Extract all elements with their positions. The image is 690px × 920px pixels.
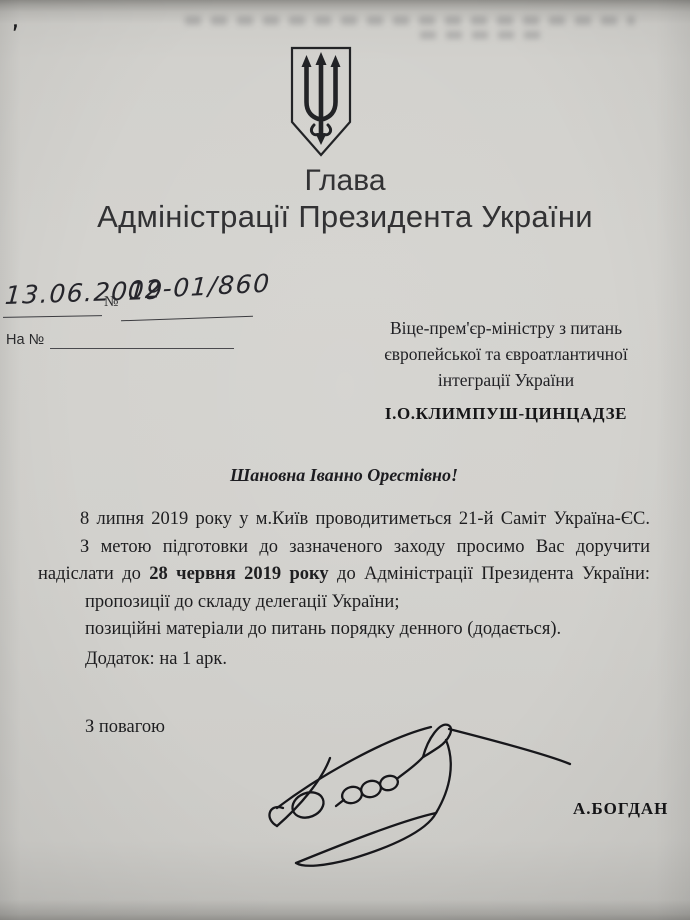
- body-line-1: 8 липня 2019 року у м.Київ проводитиметь…: [38, 506, 650, 534]
- handwritten-number: 02-01/860: [127, 276, 269, 306]
- reply-number-label: На №: [6, 332, 44, 348]
- letterhead-title-line1: Глава: [0, 163, 690, 198]
- addressee-line3: інтеграції України: [340, 367, 672, 393]
- letterhead-title-line2: Адміністрації Президента України: [0, 198, 690, 235]
- coat-of-arms-icon: [289, 46, 353, 158]
- attachment-note: Додаток: на 1 арк.: [85, 649, 227, 670]
- letterhead-title: Глава Адміністрації Президента України: [0, 163, 690, 235]
- bleedthrough-text-smudge: [185, 16, 635, 25]
- body-line-3-text: надіслати до: [38, 564, 149, 584]
- handwritten-signature: [252, 716, 592, 876]
- number-sign: №: [104, 294, 118, 311]
- reply-number-underline: [50, 348, 234, 349]
- stray-ink-mark: ’: [10, 20, 23, 52]
- date-underline: [3, 315, 102, 318]
- addressee-line2: європейської та євроатлантичної: [340, 341, 672, 367]
- body-line-3: надіслати до 28 червня 2019 року до Адмі…: [38, 561, 650, 589]
- bleedthrough-text-smudge: [420, 31, 540, 39]
- addressee-name: І.О.КЛИМПУШ-ЦИНЦАДЗЕ: [340, 404, 672, 424]
- signer-name: А.БОГДАН: [573, 799, 668, 819]
- body-text: 8 липня 2019 року у м.Київ проводитиметь…: [38, 506, 650, 644]
- addressee-line1: Віце-прем'єр-міністру з питань: [340, 315, 672, 341]
- body-line-3-tail: до Адміністрації Президента України:: [329, 564, 650, 584]
- body-line-2: З метою підготовки до зазначеного заходу…: [38, 534, 650, 562]
- addressee-block: Віце-прем'єр-міністру з питань європейсь…: [340, 315, 672, 393]
- deadline-date-bold: 28 червня 2019 року: [149, 564, 328, 584]
- body-list-item-1: пропозиції до складу делегації України;: [38, 589, 650, 617]
- salutation: Шановна Іванно Орестівно!: [38, 465, 650, 486]
- closing-phrase: З повагою: [85, 717, 165, 738]
- number-underline: [121, 316, 253, 322]
- body-list-item-2: позиційні матеріали до питань порядку де…: [38, 616, 650, 644]
- letter-page: ’ Глава Адміністрації Президента Украї: [0, 0, 690, 920]
